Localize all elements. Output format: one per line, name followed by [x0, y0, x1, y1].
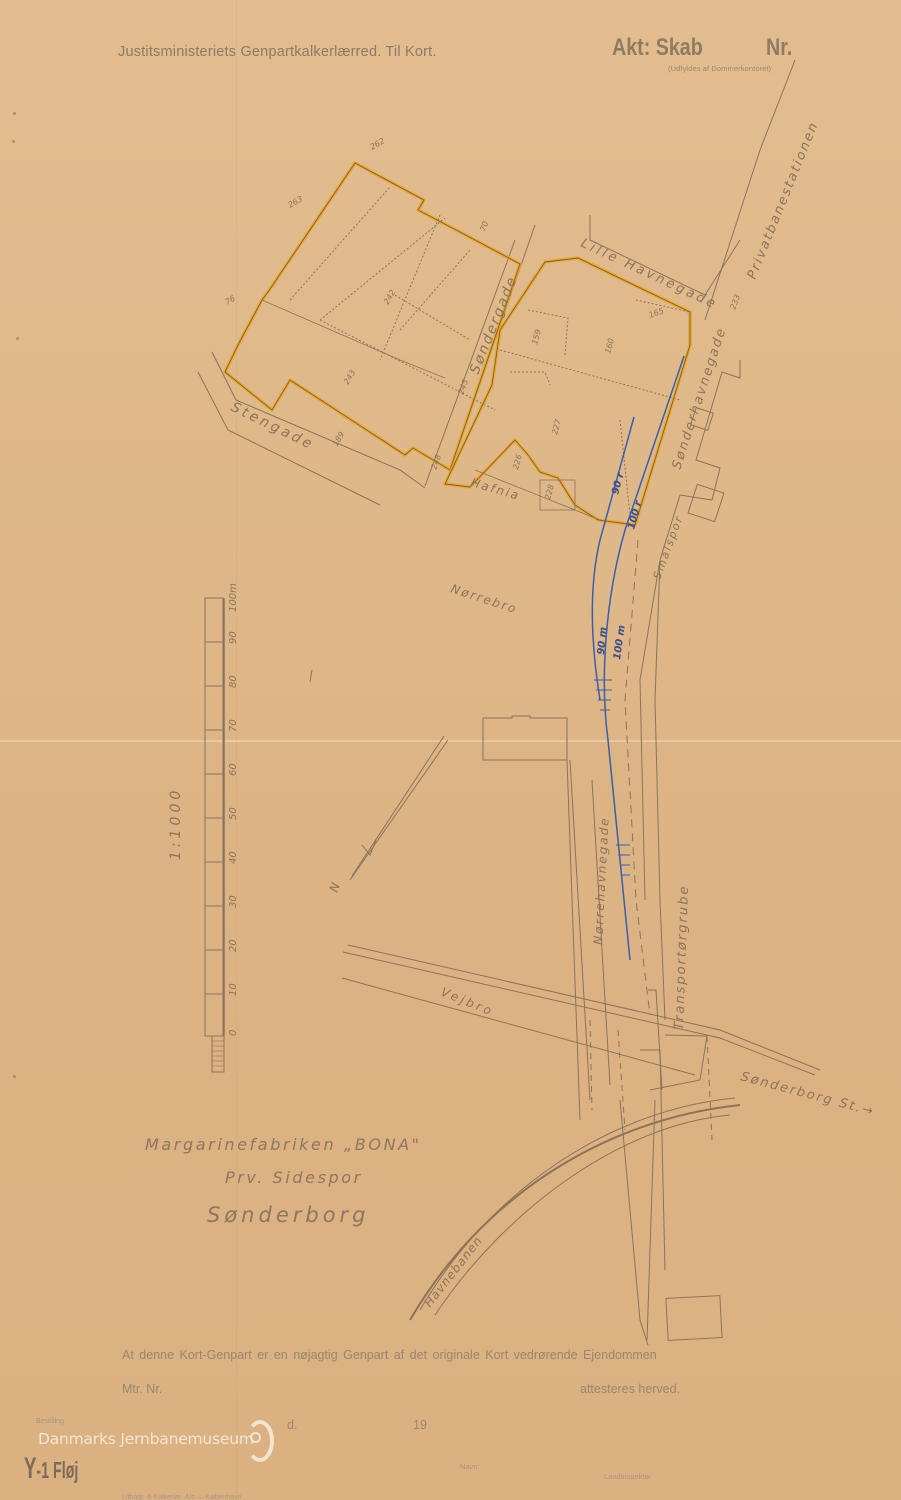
parcel-number: 226 — [511, 453, 524, 470]
scale-tick: 70 — [228, 719, 239, 732]
street-label-sonderborg-st: Sønderborg St.→ — [739, 1069, 877, 1119]
printer-imprint: Lithogr. & Kalkerlæ. A/s — København — [122, 1494, 241, 1500]
scale-tick: 10 — [228, 983, 239, 996]
scale-tick: 20 — [228, 939, 239, 952]
street-label-lille-havnegade: Lille Havnegade — [578, 236, 720, 313]
parcel-number: 228 — [543, 483, 556, 500]
shelf-mark-letter: Y — [24, 1452, 36, 1485]
parcel-number: 165 — [648, 306, 665, 320]
museum-logo-dot-icon — [250, 1432, 261, 1443]
shelf-mark-rest: -1 Fløj — [36, 1457, 78, 1483]
dimension-label: 76 — [224, 294, 237, 307]
cadastral-map: Stengade Søndergade Lille Havnegade Sønd… — [0, 0, 901, 1500]
museum-watermark: Danmarks Jernbanemuseum — [38, 1430, 254, 1448]
parcel-number: 189 — [331, 430, 346, 448]
parcel-number: 159 — [530, 328, 543, 345]
scale-tick: 50 — [228, 807, 239, 820]
attest-label: attesteres herved. — [580, 1382, 680, 1396]
scale-tick: 80 — [228, 675, 239, 688]
scale-tick: 30 — [228, 895, 239, 908]
radius-label-100r: 100 r — [626, 499, 644, 531]
mtr-nr-label: Mtr. Nr. — [122, 1382, 162, 1396]
parcel-number: 263 — [287, 194, 305, 209]
parcel-number: 233 — [728, 293, 742, 310]
parcel-number: 245 — [456, 378, 470, 395]
street-label-norrehavnegade: Nørrehavnegade — [591, 816, 612, 945]
radius-label-100: 100 m — [612, 624, 628, 660]
scale-tick: 90 — [228, 631, 239, 644]
street-label-norrebro: Nørrebro — [449, 582, 519, 617]
parcel-number: 242 — [382, 288, 397, 306]
date-year-label: 19 — [413, 1418, 427, 1432]
bestilling-label: Bestilling — [36, 1418, 64, 1425]
scale-ratio-label: 1:1000 — [168, 787, 184, 860]
north-arrow-label: N — [327, 881, 343, 894]
scale-tick: 40 — [228, 851, 239, 864]
shelf-mark: Y-1 Fløj — [24, 1452, 78, 1486]
scale-tick: 100m — [228, 583, 239, 612]
date-day-label: d. — [287, 1418, 297, 1432]
scale-tick: 0 — [228, 1030, 239, 1036]
street-label-havnebanen: Havnebanen — [421, 1233, 485, 1309]
surveyor-label: Landinspektør — [604, 1472, 652, 1481]
parcel-number: 243 — [342, 368, 357, 386]
museum-logo-icon — [246, 1420, 274, 1462]
street-label-vejbro: Vejbro — [439, 985, 496, 1019]
scale-tick: 60 — [228, 763, 239, 776]
parcel-number: 160 — [603, 337, 616, 354]
map-title-town: Sønderborg — [207, 1203, 370, 1227]
name-label: Navn: — [460, 1462, 480, 1471]
building-label-hafnia: Hafnia — [469, 475, 522, 502]
parcel-number: 227 — [550, 418, 563, 436]
street-label-smalspor: Smalspor — [651, 513, 686, 581]
map-title-siding: Prv. Sidespor — [225, 1168, 363, 1187]
certification-text: At denne Kort-Genpart er en nøjagtig Gen… — [122, 1348, 657, 1362]
street-label-privatbanestationen: Privatbanestationen — [745, 119, 822, 281]
street-label-transportorgrube: Transportørgrube — [672, 884, 692, 1030]
dimension-label: 70 — [478, 220, 490, 233]
parcel-number: 248 — [429, 453, 443, 470]
parcel-number: 262 — [369, 136, 387, 151]
radius-label-90r: 90 r — [610, 470, 627, 495]
radius-label-90: 90 m — [596, 627, 609, 656]
map-title-factory: Margarinefabriken „BONA" — [145, 1135, 422, 1154]
